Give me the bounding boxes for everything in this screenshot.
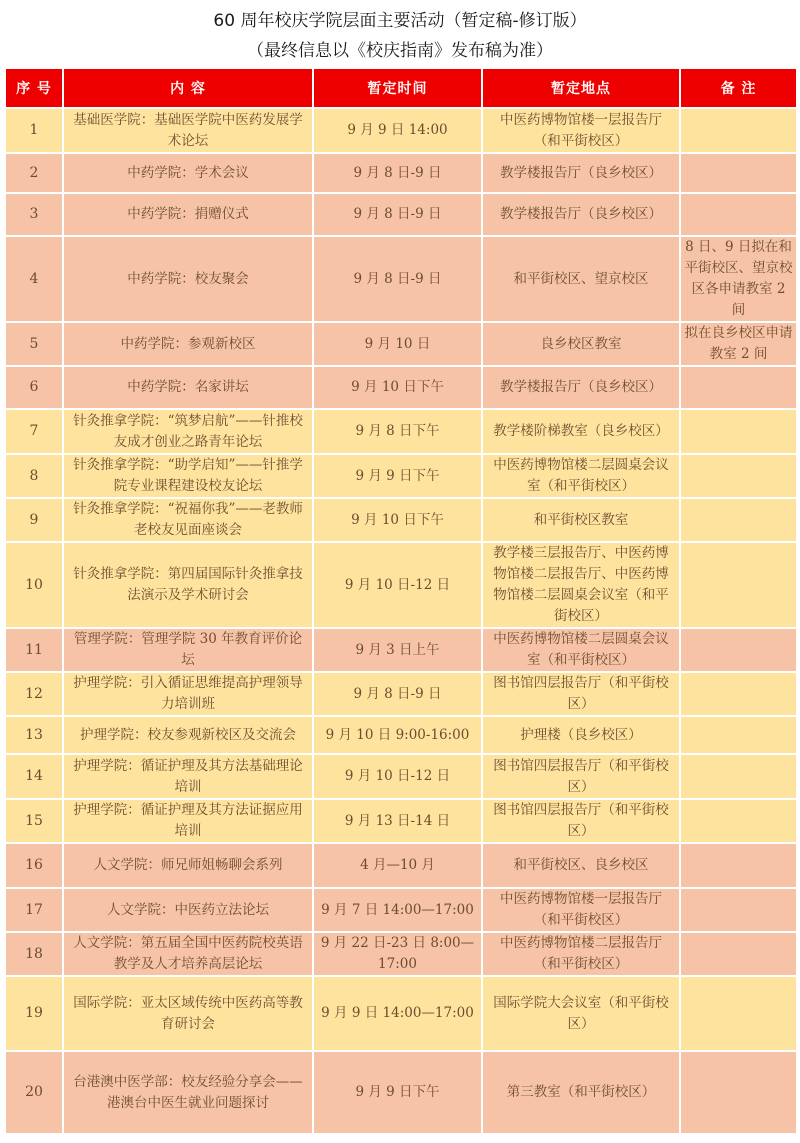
table-row: 9针灸推拿学院：“祝福你我”——老教师老校友见面座谈会9 月 10 日下午和平街… — [6, 499, 796, 541]
row-number: 1 — [6, 109, 62, 152]
table-row: 18人文学院：第五届全国中医药院校英语教学及人才培养高层论坛9 月 22 日-2… — [6, 933, 796, 975]
row-number: 18 — [6, 933, 62, 975]
table-header-row: 序 号 内 容 暂定时间 暂定地点 备 注 — [6, 69, 796, 107]
table-row: 10针灸推拿学院：第四届国际针灸推拿技法演示及学术研讨会9 月 10 日-12 … — [6, 543, 796, 627]
row-place: 教学楼报告厅（良乡校区） — [483, 194, 679, 235]
row-place: 中医药博物馆楼二层圆桌会议室（和平街校区） — [483, 455, 679, 497]
row-content: 针灸推拿学院：“祝福你我”——老教师老校友见面座谈会 — [64, 499, 312, 541]
table-body: 1基础医学院：基础医学院中医药发展学术论坛9 月 9 日 14:00中医药博物馆… — [6, 109, 796, 1133]
row-note — [681, 499, 796, 541]
table-row: 12护理学院：引入循证思维提高护理领导力培训班9 月 8 日-9 日图书馆四层报… — [6, 673, 796, 715]
row-number: 13 — [6, 717, 62, 753]
row-note — [681, 109, 796, 152]
row-time: 9 月 10 日 — [314, 323, 481, 365]
row-number: 5 — [6, 323, 62, 365]
row-content: 针灸推拿学院：“筑梦启航”——针推校友成才创业之路青年论坛 — [64, 410, 312, 453]
row-content: 中药学院：捐赠仪式 — [64, 194, 312, 235]
row-note — [681, 755, 796, 798]
row-number: 8 — [6, 455, 62, 497]
row-place: 护理楼（良乡校区） — [483, 717, 679, 753]
row-number: 11 — [6, 629, 62, 671]
row-time: 9 月 9 日 14:00 — [314, 109, 481, 152]
row-content: 人文学院：师兄师姐畅聊会系列 — [64, 844, 312, 887]
row-number: 2 — [6, 154, 62, 192]
row-place: 图书馆四层报告厅（和平街校区） — [483, 755, 679, 798]
row-content: 中药学院：校友聚会 — [64, 237, 312, 321]
row-note — [681, 717, 796, 753]
row-number: 6 — [6, 367, 62, 408]
table-row: 17人文学院：中医药立法论坛9 月 7 日 14:00—17:00中医药博物馆楼… — [6, 889, 796, 931]
row-time: 9 月 9 日下午 — [314, 455, 481, 497]
row-note — [681, 154, 796, 192]
row-number: 9 — [6, 499, 62, 541]
row-number: 7 — [6, 410, 62, 453]
row-number: 4 — [6, 237, 62, 321]
row-place: 中医药博物馆楼一层报告厅（和平街校区） — [483, 889, 679, 931]
row-time: 9 月 13 日-14 日 — [314, 800, 481, 842]
activities-table: 序 号 内 容 暂定时间 暂定地点 备 注 1基础医学院：基础医学院中医药发展学… — [4, 67, 798, 1135]
table-row: 4中药学院：校友聚会9 月 8 日-9 日和平街校区、望京校区8 日、9 日拟在… — [6, 237, 796, 321]
row-note — [681, 977, 796, 1050]
row-time: 4 月—10 月 — [314, 844, 481, 887]
row-content: 人文学院：第五届全国中医药院校英语教学及人才培养高层论坛 — [64, 933, 312, 975]
row-content: 中药学院：学术会议 — [64, 154, 312, 192]
header-content: 内 容 — [64, 69, 312, 107]
header-place: 暂定地点 — [483, 69, 679, 107]
table-row: 2中药学院：学术会议9 月 8 日-9 日教学楼报告厅（良乡校区） — [6, 154, 796, 192]
table-row: 7针灸推拿学院：“筑梦启航”——针推校友成才创业之路青年论坛9 月 8 日下午教… — [6, 410, 796, 453]
row-time: 9 月 8 日-9 日 — [314, 194, 481, 235]
table-row: 11管理学院：管理学院 30 年教育评价论坛9 月 3 日上午中医药博物馆楼二层… — [6, 629, 796, 671]
row-note — [681, 367, 796, 408]
row-time: 9 月 10 日-12 日 — [314, 755, 481, 798]
table-row: 20台港澳中医学部：校友经验分享会——港澳台中医生就业问题探讨9 月 9 日下午… — [6, 1052, 796, 1133]
header-note: 备 注 — [681, 69, 796, 107]
row-number: 20 — [6, 1052, 62, 1133]
row-place: 和平街校区、良乡校区 — [483, 844, 679, 887]
row-place: 国际学院大会议室（和平街校区） — [483, 977, 679, 1050]
row-note — [681, 800, 796, 842]
table-row: 5中药学院：参观新校区9 月 10 日良乡校区教室拟在良乡校区申请教室 2 间 — [6, 323, 796, 365]
row-number: 10 — [6, 543, 62, 627]
table-row: 16人文学院：师兄师姐畅聊会系列4 月—10 月和平街校区、良乡校区 — [6, 844, 796, 887]
row-time: 9 月 8 日-9 日 — [314, 237, 481, 321]
row-note — [681, 410, 796, 453]
row-place: 和平街校区、望京校区 — [483, 237, 679, 321]
row-place: 图书馆四层报告厅（和平街校区） — [483, 673, 679, 715]
table-row: 19国际学院：亚太区域传统中医药高等教育研讨会9 月 9 日 14:00—17:… — [6, 977, 796, 1050]
row-time: 9 月 10 日 9:00-16:00 — [314, 717, 481, 753]
row-place: 教学楼阶梯教室（良乡校区） — [483, 410, 679, 453]
row-note: 8 日、9 日拟在和平街校区、望京校区各申请教室 2 间 — [681, 237, 796, 321]
row-time: 9 月 10 日下午 — [314, 367, 481, 408]
row-content: 中药学院：参观新校区 — [64, 323, 312, 365]
row-content: 护理学院：循证护理及其方法基础理论培训 — [64, 755, 312, 798]
row-place: 教学楼三层报告厅、中医药博物馆楼二层报告厅、中医药博物馆楼二层圆桌会议室（和平街… — [483, 543, 679, 627]
row-number: 16 — [6, 844, 62, 887]
table-row: 14护理学院：循证护理及其方法基础理论培训9 月 10 日-12 日图书馆四层报… — [6, 755, 796, 798]
row-note — [681, 889, 796, 931]
document-subtitle: （最终信息以《校庆指南》发布稿为准） — [0, 36, 800, 61]
row-place: 教学楼报告厅（良乡校区） — [483, 154, 679, 192]
row-content: 针灸推拿学院：“助学启知”——针推学院专业课程建设校友论坛 — [64, 455, 312, 497]
row-place: 中医药博物馆楼二层圆桌会议室（和平街校区） — [483, 629, 679, 671]
row-place: 中医药博物馆楼二层报告厅（和平街校区） — [483, 933, 679, 975]
row-time: 9 月 10 日下午 — [314, 499, 481, 541]
row-number: 12 — [6, 673, 62, 715]
row-time: 9 月 7 日 14:00—17:00 — [314, 889, 481, 931]
row-place: 和平街校区教室 — [483, 499, 679, 541]
row-note — [681, 629, 796, 671]
row-content: 护理学院：校友参观新校区及交流会 — [64, 717, 312, 753]
table-row: 3中药学院：捐赠仪式9 月 8 日-9 日教学楼报告厅（良乡校区） — [6, 194, 796, 235]
row-time: 9 月 9 日下午 — [314, 1052, 481, 1133]
row-place: 良乡校区教室 — [483, 323, 679, 365]
row-time: 9 月 9 日 14:00—17:00 — [314, 977, 481, 1050]
row-content: 基础医学院：基础医学院中医药发展学术论坛 — [64, 109, 312, 152]
row-note — [681, 194, 796, 235]
document-title: 60 周年校庆学院层面主要活动（暂定稿-修订版） — [0, 6, 800, 31]
row-number: 15 — [6, 800, 62, 842]
row-note — [681, 543, 796, 627]
row-content: 针灸推拿学院：第四届国际针灸推拿技法演示及学术研讨会 — [64, 543, 312, 627]
row-note — [681, 1052, 796, 1133]
row-time: 9 月 8 日下午 — [314, 410, 481, 453]
row-number: 3 — [6, 194, 62, 235]
row-content: 护理学院：引入循证思维提高护理领导力培训班 — [64, 673, 312, 715]
table-row: 1基础医学院：基础医学院中医药发展学术论坛9 月 9 日 14:00中医药博物馆… — [6, 109, 796, 152]
row-content: 护理学院：循证护理及其方法证据应用培训 — [64, 800, 312, 842]
row-note: 拟在良乡校区申请教室 2 间 — [681, 323, 796, 365]
row-note — [681, 933, 796, 975]
table-row: 8针灸推拿学院：“助学启知”——针推学院专业课程建设校友论坛9 月 9 日下午中… — [6, 455, 796, 497]
row-content: 中药学院：名家讲坛 — [64, 367, 312, 408]
table-row: 13护理学院：校友参观新校区及交流会9 月 10 日 9:00-16:00护理楼… — [6, 717, 796, 753]
row-time: 9 月 8 日-9 日 — [314, 154, 481, 192]
row-note — [681, 673, 796, 715]
row-time: 9 月 3 日上午 — [314, 629, 481, 671]
table-row: 15护理学院：循证护理及其方法证据应用培训9 月 13 日-14 日图书馆四层报… — [6, 800, 796, 842]
row-time: 9 月 8 日-9 日 — [314, 673, 481, 715]
row-content: 管理学院：管理学院 30 年教育评价论坛 — [64, 629, 312, 671]
row-place: 第三教室（和平街校区） — [483, 1052, 679, 1133]
row-content: 人文学院：中医药立法论坛 — [64, 889, 312, 931]
row-place: 教学楼报告厅（良乡校区） — [483, 367, 679, 408]
row-time: 9 月 10 日-12 日 — [314, 543, 481, 627]
row-number: 19 — [6, 977, 62, 1050]
row-time: 9 月 22 日-23 日 8:00—17:00 — [314, 933, 481, 975]
header-number: 序 号 — [6, 69, 62, 107]
row-content: 台港澳中医学部：校友经验分享会——港澳台中医生就业问题探讨 — [64, 1052, 312, 1133]
row-number: 14 — [6, 755, 62, 798]
row-place: 图书馆四层报告厅（和平街校区） — [483, 800, 679, 842]
header-time: 暂定时间 — [314, 69, 481, 107]
row-place: 中医药博物馆楼一层报告厅（和平街校区） — [483, 109, 679, 152]
table-row: 6中药学院：名家讲坛9 月 10 日下午教学楼报告厅（良乡校区） — [6, 367, 796, 408]
row-number: 17 — [6, 889, 62, 931]
row-note — [681, 455, 796, 497]
row-content: 国际学院：亚太区域传统中医药高等教育研讨会 — [64, 977, 312, 1050]
row-note — [681, 844, 796, 887]
